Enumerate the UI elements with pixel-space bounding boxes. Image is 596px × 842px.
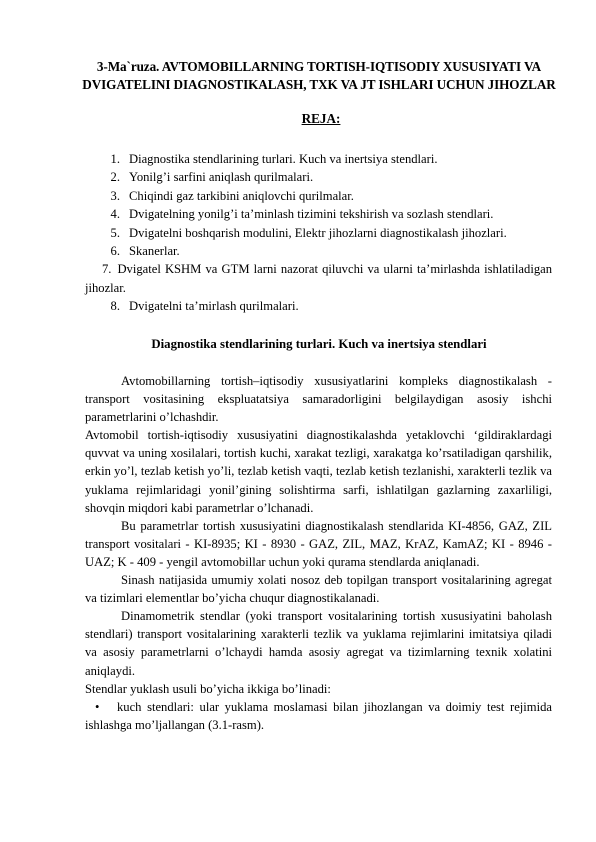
plan-item-text: Diagnostika stendlarining turlari. Kuch … [120,150,437,168]
plan-item-text: Dvigatelni boshqarish modulini, Elektr j… [120,224,507,242]
plan-item-number: 4. [85,205,120,223]
paragraph: Avtomobil tortish-iqtisodiy xususiyatini… [85,426,552,516]
paragraph: Avtomobillarning tortish–iqtisodiy xusus… [85,372,552,426]
plan-item-text: Skanerlar. [120,242,180,260]
body-text: Avtomobillarning tortish–iqtisodiy xusus… [85,372,552,734]
plan-item: 6.Skanerlar. [85,242,552,260]
plan-item-text: Chiqindi gaz tarkibini aniqlovchi qurilm… [120,187,354,205]
bullet-item: •kuch stendlari: ular yuklama moslamasi … [85,698,552,734]
section-heading: Diagnostika stendlarining turlari. Kuch … [80,336,558,353]
paragraph: Dinamometrik stendlar (yoki transport vo… [85,607,552,679]
plan-item-number: 3. [85,187,120,205]
plan-item: 5.Dvigatelni boshqarish modulini, Elektr… [85,224,552,242]
plan-item-text: Dvigatelni ta’mirlash qurilmalari. [120,297,299,315]
plan-item: 3.Chiqindi gaz tarkibini aniqlovchi quri… [85,187,552,205]
plan-item: 7.Dvigatel KSHM va GTM larni nazorat qil… [85,260,552,297]
bullet-text: kuch stendlari: ular yuklama moslamasi b… [85,700,552,732]
document-page: 3-Ma`ruza. AVTOMOBILLARNING TORTISH-IQTI… [0,0,596,842]
plan-list: 1.Diagnostika stendlarining turlari. Kuc… [85,150,552,316]
plan-heading: REJA: [80,110,558,127]
plan-item-number: 8. [85,297,120,315]
bullet-icon: • [95,698,117,716]
plan-item: 1.Diagnostika stendlarining turlari. Kuc… [85,150,552,168]
plan-item: 4.Dvigatelning yonilg’i ta’minlash tizim… [85,205,552,223]
plan-item-number: 6. [85,242,120,260]
plan-item-text: Yonilg’i sarfini aniqlash qurilmalari. [120,168,313,186]
paragraph: Sinash natijasida umumiy xolati nosoz de… [85,571,552,607]
plan-heading-text: REJA: [298,111,341,126]
plan-item-number: 1. [85,150,120,168]
plan-item: 2.Yonilg’i sarfini aniqlash qurilmalari. [85,168,552,186]
lecture-title: 3-Ma`ruza. AVTOMOBILLARNING TORTISH-IQTI… [80,58,558,93]
paragraph: Bu parametrlar tortish xususiyatini diag… [85,517,552,571]
plan-item: 8.Dvigatelni ta’mirlash qurilmalari. [85,297,552,315]
plan-item-text: Dvigatelning yonilg’i ta’minlash tizimin… [120,205,493,223]
plan-item-text: Dvigatel KSHM va GTM larni nazorat qiluv… [85,262,552,294]
plan-item-number: 5. [85,224,120,242]
paragraph: Stendlar yuklash usuli bo’yicha ikkiga b… [85,680,552,698]
plan-item-number: 2. [85,168,120,186]
